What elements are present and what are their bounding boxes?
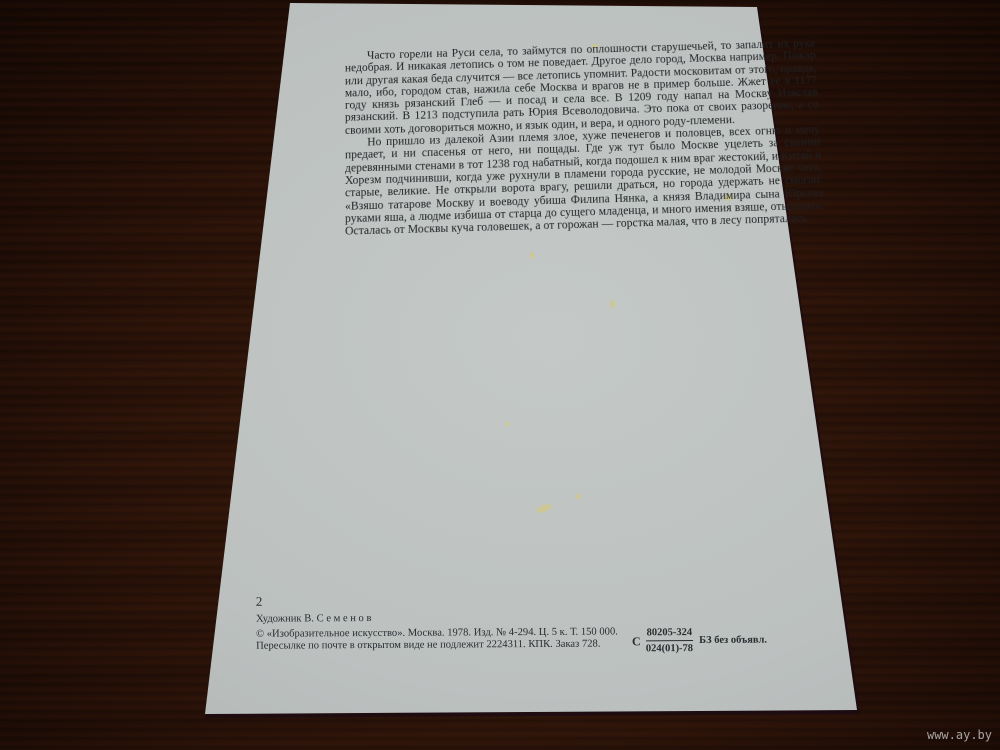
- imprint-line: Пересылке по почте в открытом виде не по…: [256, 638, 618, 652]
- stain: [575, 494, 581, 499]
- code-fraction: 80205-324 024(01)-78: [646, 627, 694, 655]
- code-note: БЗ без объявл.: [699, 635, 767, 647]
- code-denominator: 024(01)-78: [646, 641, 693, 655]
- stain: [535, 502, 552, 514]
- watermark: www.ay.by: [927, 728, 992, 742]
- code-letter: С: [632, 635, 641, 647]
- page-number: 2: [256, 592, 816, 607]
- code-numerator: 80205-324: [646, 627, 694, 641]
- colophon: 2 Художник В. Семенов © «Изобразительное…: [256, 592, 816, 657]
- stain: [610, 300, 615, 308]
- stain: [505, 422, 510, 426]
- artist-credit: Художник В. Семенов: [256, 610, 816, 625]
- stain: [530, 252, 534, 259]
- body-text: Часто горели на Руси села, то займутся п…: [345, 37, 825, 238]
- paragraph: Но пришло из далекой Азии племя злое, ху…: [345, 124, 825, 238]
- artist-surname: Семенов: [317, 613, 375, 624]
- imprint-row: © «Изобразительное искусство». Москва. 1…: [256, 625, 816, 657]
- catalog-code: С 80205-324 024(01)-78 БЗ без объявл.: [632, 627, 767, 656]
- paragraph: Часто горели на Руси села, то займутся п…: [345, 37, 820, 137]
- artist-label: Художник В.: [256, 613, 314, 624]
